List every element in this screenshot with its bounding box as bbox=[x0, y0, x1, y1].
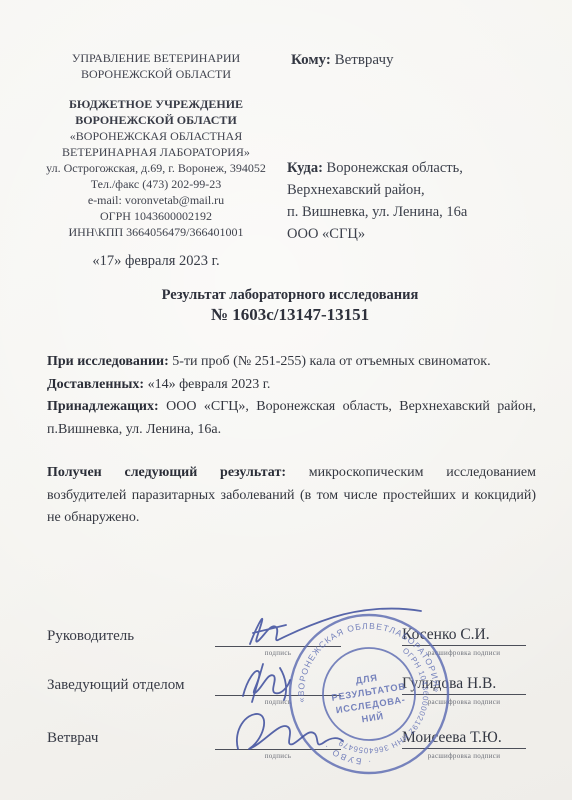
sender-inn-kpp: ИНН\КПП 3664056479/366401001 bbox=[45, 224, 267, 240]
document-title: Результат лабораторного исследования № 1… bbox=[58, 287, 522, 325]
recipient-to-label: Кому: bbox=[291, 52, 331, 68]
signature-name-director: Косенко С.И. bbox=[402, 626, 526, 646]
recipient-address-line3: п. Вишневка, ул. Ленина, 16а bbox=[287, 201, 549, 223]
recipient-where-label: Куда: bbox=[287, 160, 323, 176]
org-name-line4: ВЕТЕРИНАРНАЯ ЛАБОРАТОРИЯ» bbox=[45, 144, 267, 160]
paragraph-examined-label: При исследовании: bbox=[47, 354, 169, 369]
authority-name-line1: УПРАВЛЕНИЕ ВЕТЕРИНАРИИ bbox=[45, 50, 267, 66]
sender-block: УПРАВЛЕНИЕ ВЕТЕРИНАРИИ ВОРОНЕЖСКОЙ ОБЛАС… bbox=[45, 50, 267, 270]
recipient-address-line1: Куда: Воронежская область, bbox=[287, 157, 549, 179]
recipient-to-value: Ветврачу bbox=[335, 52, 394, 68]
document-page: УПРАВЛЕНИЕ ВЕТЕРИНАРИИ ВОРОНЕЖСКОЙ ОБЛАС… bbox=[0, 0, 572, 800]
org-name-line1: БЮДЖЕТНОЕ УЧРЕЖДЕНИЕ bbox=[45, 96, 267, 112]
paragraph-owner: Принадлежащих: ООО «СГЦ», Воронежская об… bbox=[47, 396, 536, 441]
name-caption-director: расшифровка подписи bbox=[396, 649, 532, 657]
document-title-line1: Результат лабораторного исследования bbox=[58, 287, 522, 304]
org-name-line3: «ВОРОНЕЖСКАЯ ОБЛАСТНАЯ bbox=[45, 128, 267, 144]
paragraph-result: Получен следующий результат: микроскопич… bbox=[47, 462, 536, 530]
signature-ink-director bbox=[250, 609, 421, 644]
stamp-center-line1: ДЛЯ bbox=[355, 673, 379, 686]
signature-caption-department-head: подпись bbox=[215, 698, 341, 706]
paragraph-owner-label: Принадлежащих: bbox=[47, 399, 159, 414]
sender-email: e-mail: voronvetab@mail.ru bbox=[45, 192, 267, 208]
paragraph-examined-text: 5-ти проб (№ 251-255) кала от отъемных с… bbox=[172, 354, 490, 369]
paragraph-delivered: Доставленных: «14» февраля 2023 г. bbox=[47, 374, 536, 397]
signature-ink-veterinarian bbox=[237, 714, 343, 749]
stamp-center-line4: НИЙ bbox=[361, 710, 385, 724]
signature-line-department-head bbox=[215, 695, 341, 696]
signature-name-veterinarian: Моисеева Т.Ю. bbox=[402, 729, 526, 749]
signature-caption-director: подпись bbox=[215, 649, 341, 657]
signature-caption-veterinarian: подпись bbox=[215, 752, 341, 760]
signature-role-department-head: Заведующий отделом bbox=[47, 677, 184, 694]
document-body: При исследовании: 5-ти проб (№ 251-255) … bbox=[47, 351, 536, 530]
paragraph-delivered-text: «14» февраля 2023 г. bbox=[148, 377, 271, 392]
document-date: «17» февраля 2023 г. bbox=[45, 253, 267, 270]
signature-line-director bbox=[215, 646, 341, 647]
name-caption-department-head: расшифровка подписи bbox=[396, 698, 532, 706]
paragraph-result-label: Получен следующий результат: bbox=[47, 465, 286, 480]
paragraph-delivered-label: Доставленных: bbox=[47, 377, 144, 392]
signature-role-director: Руководитель bbox=[47, 628, 134, 645]
sender-address: ул. Острогожская, д.69, г. Воронеж, 3940… bbox=[45, 160, 267, 176]
org-name-line2: ВОРОНЕЖСКОЙ ОБЛАСТИ bbox=[45, 112, 267, 128]
recipient-address-block: Куда: Воронежская область, Верхнехавский… bbox=[287, 157, 549, 245]
signature-name-department-head: Гулидова Н.В. bbox=[402, 675, 526, 695]
recipient-address-line4: ООО «СГЦ» bbox=[287, 223, 549, 245]
paragraph-examined: При исследовании: 5-ти проб (№ 251-255) … bbox=[47, 351, 536, 374]
signature-ink-department-head bbox=[243, 664, 290, 702]
signature-role-veterinarian: Ветврач bbox=[47, 730, 98, 747]
recipient-where-value1: Воронежская область, bbox=[327, 160, 463, 176]
signature-line-veterinarian bbox=[215, 749, 341, 750]
authority-name-line2: ВОРОНЕЖСКОЙ ОБЛАСТИ bbox=[45, 66, 267, 82]
recipient-address-line2: Верхнехавский район, bbox=[287, 179, 549, 201]
sender-ogrn: ОГРН 1043600002192 bbox=[45, 208, 267, 224]
recipient-to-line: Кому: Ветврачу bbox=[291, 52, 394, 69]
spacer bbox=[45, 82, 267, 96]
sender-phone: Тел./факс (473) 202-99-23 bbox=[45, 176, 267, 192]
document-number: № 1603с/13147-13151 bbox=[58, 305, 522, 325]
name-caption-veterinarian: расшифровка подписи bbox=[396, 752, 532, 760]
